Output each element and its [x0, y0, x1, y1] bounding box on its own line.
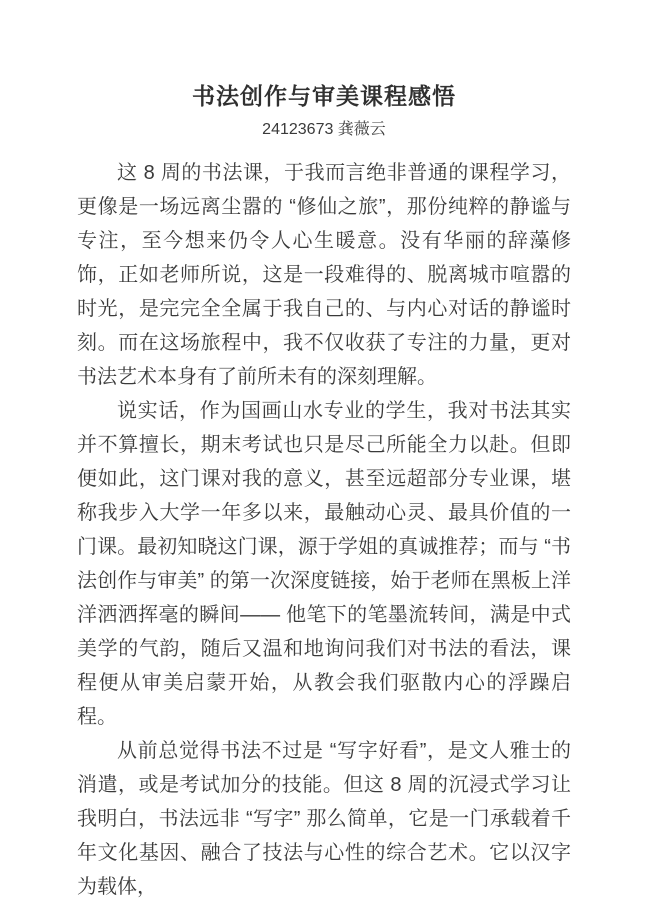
author-line: 24123673 龚薇云 — [77, 119, 571, 141]
document-body: 这 8 周的书法课，于我而言绝非普通的课程学习，更像是一场远离尘嚣的 “修仙之旅… — [77, 156, 571, 904]
document-page: 书法创作与审美课程感悟 24123673 龚薇云 这 8 周的书法课，于我而言绝… — [0, 0, 648, 917]
body-paragraph: 从前总觉得书法不过是 “写字好看”，是文人雅士的消遣，或是考试加分的技能。但这 … — [77, 734, 571, 904]
document-title: 书法创作与审美课程感悟 — [77, 82, 571, 110]
body-paragraph: 这 8 周的书法课，于我而言绝非普通的课程学习，更像是一场远离尘嚣的 “修仙之旅… — [77, 156, 571, 394]
document-content: 书法创作与审美课程感悟 24123673 龚薇云 这 8 周的书法课，于我而言绝… — [0, 82, 648, 904]
body-paragraph: 说实话，作为国画山水专业的学生，我对书法其实并不算擅长，期末考试也只是尽己所能全… — [77, 394, 571, 734]
